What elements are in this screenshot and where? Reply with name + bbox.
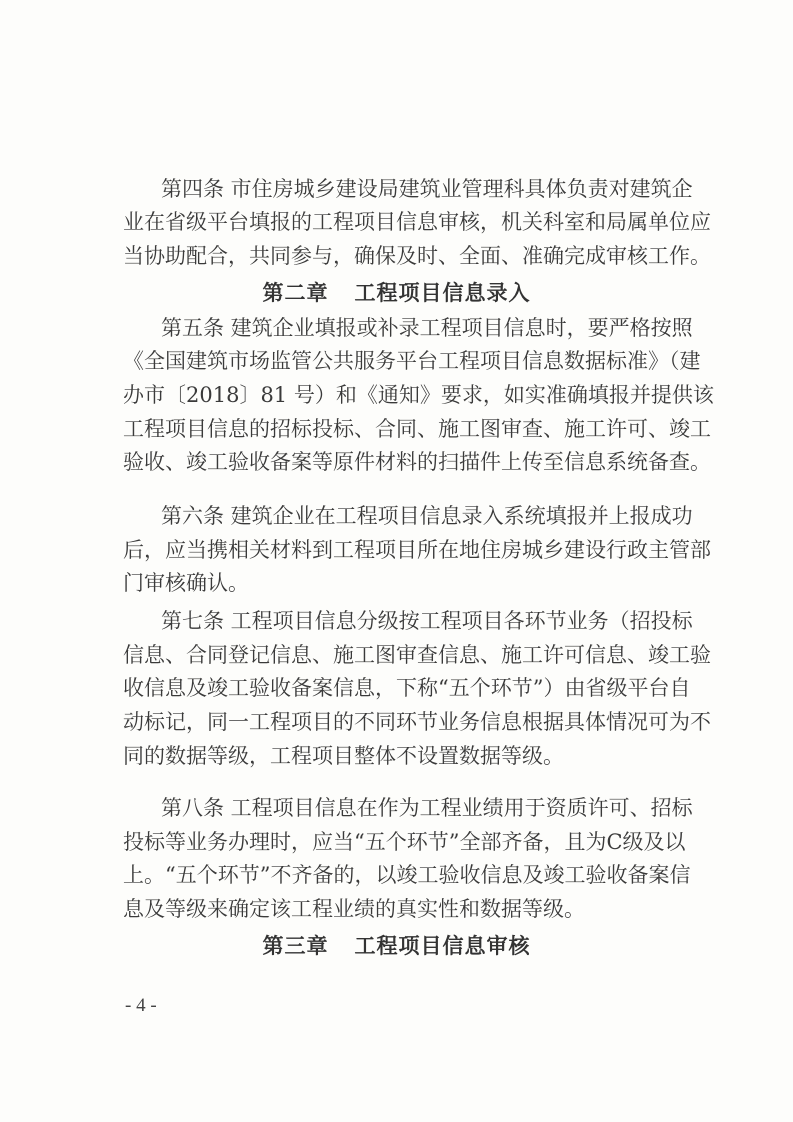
paragraph-line: 门审核确认。 — [123, 568, 683, 598]
paragraph-line: 业在省级平台填报的工程项目信息审核，机关科室和局属单位应 — [123, 207, 683, 237]
chapter-number: 第三章 — [263, 934, 329, 958]
paragraph-line: 投标等业务办理时，应当“五个环节”全部齐备，且为C级及以 — [123, 827, 683, 857]
paragraph-line: 第四条 市住房城乡建设局建筑业管理科具体负责对建筑企 — [161, 174, 683, 204]
paragraph-line: 办市〔2018〕81 号）和《通知》要求，如实准确填报并提供该 — [123, 380, 683, 410]
paragraph-line: 第六条 建筑企业在工程项目信息录入系统填报并上报成功 — [161, 501, 683, 531]
chapter-title: 工程项目信息录入 — [355, 281, 531, 305]
page-number: - 4 - — [125, 995, 157, 1017]
paragraph-line: 后，应当携相关材料到工程项目所在地住房城乡建设行政主管部 — [123, 535, 683, 565]
paragraph-line: 第五条 建筑企业填报或补录工程项目信息时，要严格按照 — [161, 313, 683, 343]
paragraph-line: 信息、合同登记信息、施工图审查信息、施工许可信息、竣工验 — [123, 640, 683, 670]
chapter-number: 第二章 — [263, 281, 329, 305]
paragraph-line: 第八条 工程项目信息在作为工程业绩用于资质许可、招标 — [161, 793, 683, 823]
document-page: 第四条 市住房城乡建设局建筑业管理科具体负责对建筑企 业在省级平台填报的工程项目… — [0, 0, 793, 1122]
paragraph-line: 息及等级来确定该工程业绩的真实性和数据等级。 — [123, 894, 683, 924]
paragraph-line: 上。“五个环节”不齐备的，以竣工验收信息及竣工验收备案信 — [123, 860, 683, 890]
paragraph-line: 动标记，同一工程项目的不同环节业务信息根据具体情况可为不 — [123, 707, 683, 737]
chapter-title: 工程项目信息审核 — [355, 934, 531, 958]
paragraph-line: 第七条 工程项目信息分级按工程项目各环节业务（招投标 — [161, 606, 683, 636]
paragraph-line: 《全国建筑市场监管公共服务平台工程项目信息数据标准》（建 — [123, 346, 683, 376]
chapter-heading-3: 第三章工程项目信息审核 — [0, 931, 793, 961]
paragraph-line: 验收、竣工验收备案等原件材料的扫描件上传至信息系统备查。 — [123, 447, 683, 477]
chapter-heading-2: 第二章工程项目信息录入 — [0, 278, 793, 308]
paragraph-line: 收信息及竣工验收备案信息，下称“五个环节”）由省级平台自 — [123, 673, 683, 703]
paragraph-line: 当协助配合，共同参与，确保及时、全面、准确完成审核工作。 — [123, 241, 683, 271]
paragraph-line: 工程项目信息的招标投标、合同、施工图审查、施工许可、竣工 — [123, 414, 683, 444]
paragraph-line: 同的数据等级，工程项目整体不设置数据等级。 — [123, 741, 683, 771]
